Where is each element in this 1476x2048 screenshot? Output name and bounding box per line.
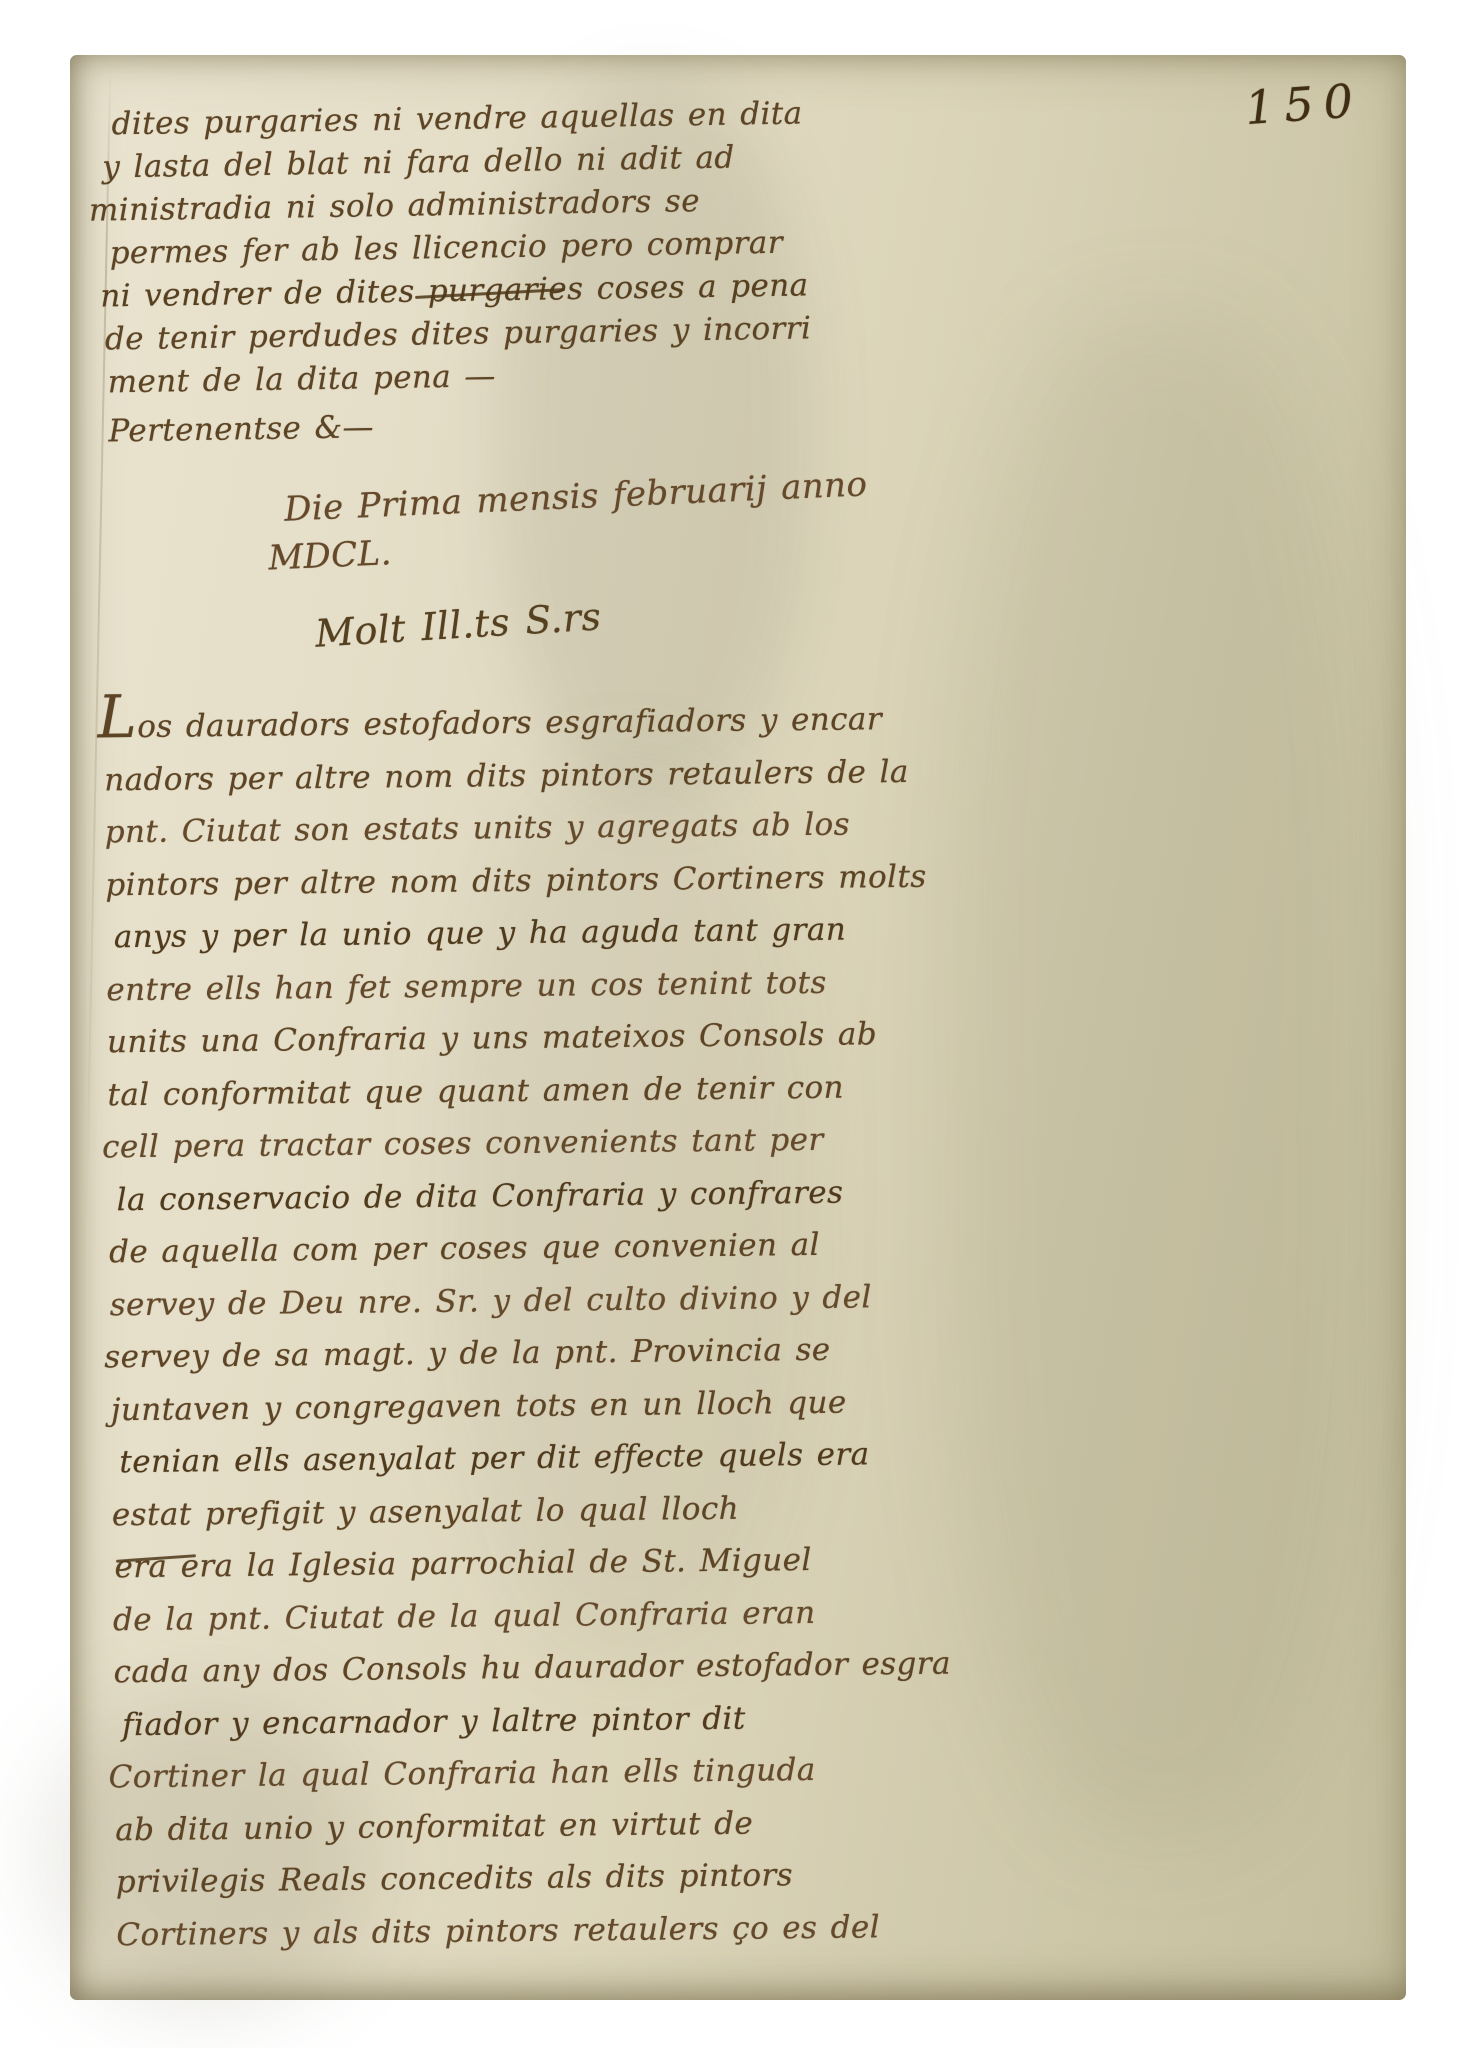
manuscript-line: ab dita unio y conformitat en virtut de bbox=[115, 1795, 936, 1856]
body-paragraph: Los dauradors estofadors esgrafiadors y … bbox=[103, 693, 936, 1962]
manuscript-line: Los dauradors estofadors esgrafiadors y … bbox=[97, 693, 924, 754]
manuscript-line: entre ells han fet sempre un cos tenint … bbox=[106, 955, 927, 1016]
manuscript-line: pnt. Ciutat son estats units y agregats … bbox=[105, 798, 926, 859]
manuscript-line: cell pera tractar coses convenients tant… bbox=[102, 1113, 929, 1174]
manuscript-line: de la pnt. Ciutat de la qual Confraria e… bbox=[113, 1585, 934, 1646]
manuscript-line: cada any dos Consols hu daurador estofad… bbox=[113, 1638, 934, 1699]
manuscript-line: fiador y encarnador y laltre pintor dit bbox=[122, 1690, 935, 1751]
manuscript-line: tal conformitat que quant amen de tenir … bbox=[107, 1060, 928, 1121]
manuscript-line: nadors per altre nom dits pintors retaul… bbox=[104, 745, 925, 806]
page-stain bbox=[950, 315, 1370, 1835]
manuscript-line: servey de sa magt. y de la pnt. Provinci… bbox=[104, 1323, 931, 1384]
manuscript-line: estat prefigit y asenyalat lo qual lloch bbox=[112, 1480, 933, 1541]
manuscript-line: tenian ells asenyalat per dit effecte qu… bbox=[119, 1428, 932, 1489]
folio-number: 150 bbox=[1243, 73, 1364, 135]
manuscript-line: era era la Iglesia parrochial de St. Mig… bbox=[114, 1533, 933, 1594]
salutation: Molt Ill.ts S.rs bbox=[314, 594, 603, 655]
date-heading: Die Prima mensis februarij anno MDCL. bbox=[283, 460, 870, 581]
manuscript-line: pintors per altre nom dits pintors Corti… bbox=[105, 850, 926, 911]
manuscript-line: units una Confraria y uns mateixos Conso… bbox=[107, 1008, 928, 1069]
manuscript-line: juntaven y congregaven tots en un lloch … bbox=[111, 1375, 932, 1436]
manuscript-line: privilegis Reals concedits als dits pint… bbox=[116, 1848, 937, 1909]
manuscript-line: Cortiners y als dits pintors retaulers ç… bbox=[116, 1900, 937, 1961]
manuscript-line: Cortiner la qual Confraria han ells ting… bbox=[108, 1743, 935, 1804]
manuscript-line: anys y per la unio que y ha aguda tant g… bbox=[114, 903, 927, 964]
opening-paragraph: dites purgaries ni vendre aquellas en di… bbox=[111, 91, 916, 454]
manuscript-line: la conservacio de dita Confraria y confr… bbox=[116, 1165, 929, 1226]
manuscript-line: servey de Deu nre. Sr. y del culto divin… bbox=[109, 1270, 930, 1331]
manuscript-line: Pertenentse &— bbox=[108, 398, 917, 454]
manuscript-line: de aquella com per coses que convenien a… bbox=[109, 1218, 930, 1279]
manuscript-page: 150 dites purgaries ni vendre aquellas e… bbox=[70, 55, 1406, 2000]
